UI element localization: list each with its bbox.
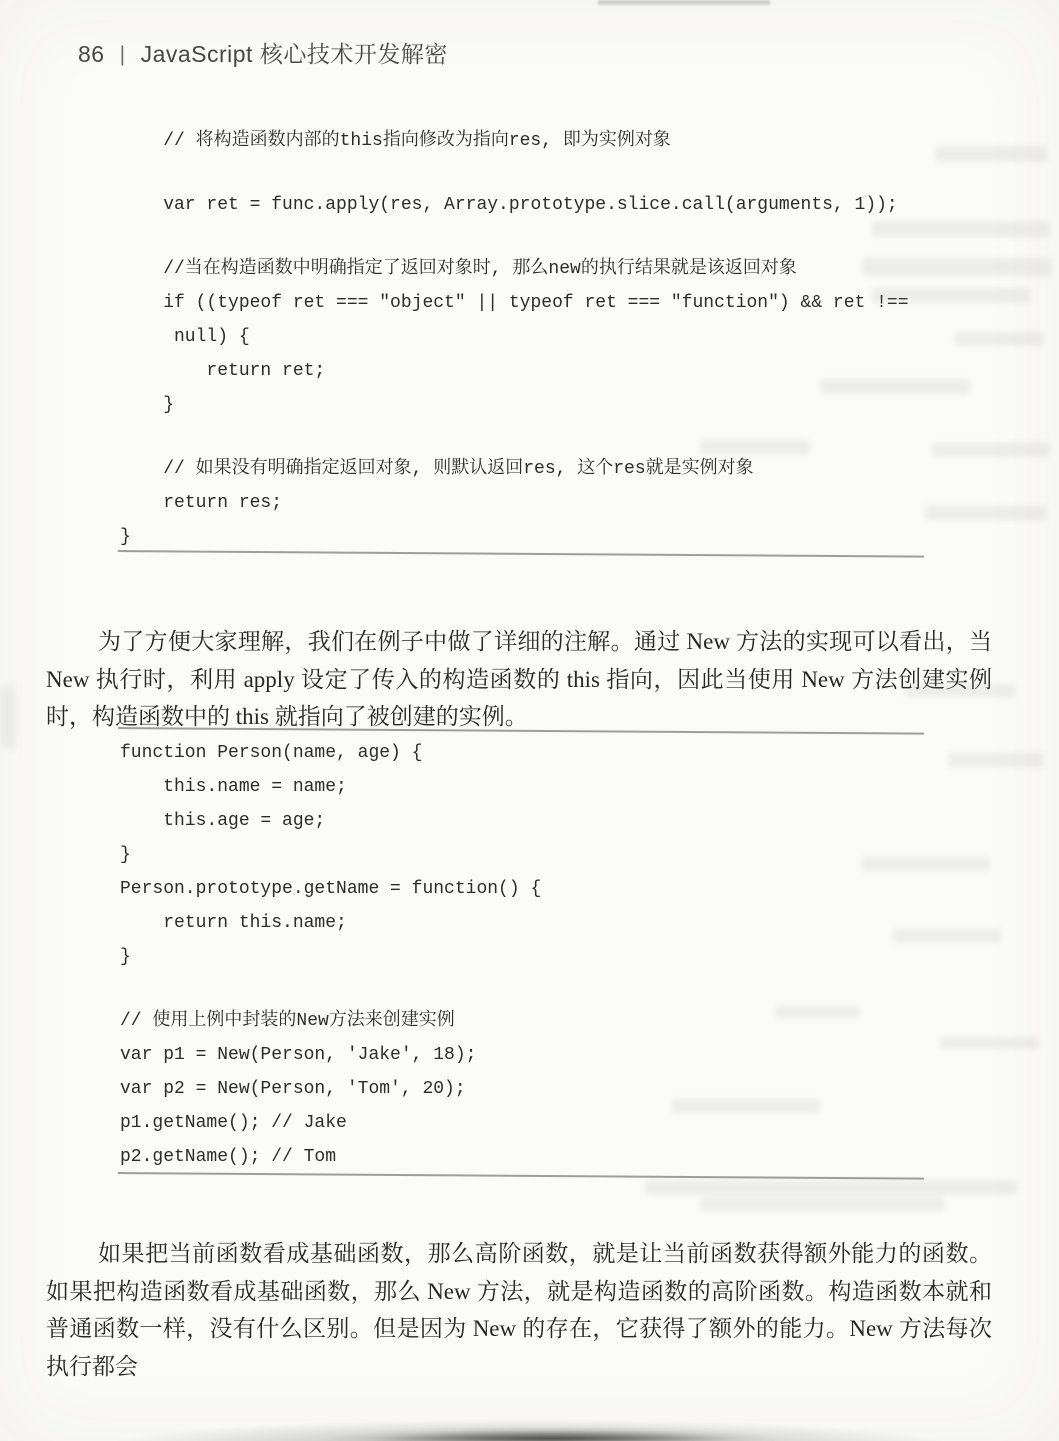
code-line: } [120,840,541,874]
bleed-through-smudge [700,440,810,454]
bleed-through-smudge [672,1099,820,1113]
running-head: 86 | JavaScript 核心技术开发解密 [78,36,448,69]
code-line: return res; [120,488,909,522]
bleed-through-smudge [700,1198,945,1211]
code-line [120,976,541,1006]
bleed-through-smudge [893,929,1001,942]
bleed-through-smudge [862,857,990,871]
code-line: p2.getName(); // Tom [120,1142,541,1176]
code-block-new-implementation: // 将构造函数内部的this指向修改为指向res, 即为实例对象 var re… [120,126,909,556]
bleed-through-smudge [925,506,1047,520]
code-line: var p2 = New(Person, 'Tom', 20); [120,1074,541,1108]
code-line: var ret = func.apply(res, Array.prototyp… [120,190,909,224]
code-line: Person.prototype.getName = function() { [120,874,541,908]
code-line: // 如果没有明确指定返回对象, 则默认返回res, 这个res就是实例对象 [120,454,909,488]
code-line: this.age = age; [120,806,541,840]
code-line: //当在构造函数中明确指定了返回对象时, 那么new的执行结果就是该返回对象 [120,254,909,288]
code-line: null) { [120,322,909,356]
bleed-through-smudge [872,221,1050,237]
body-paragraph: 为了方便大家理解，我们在例子中做了详细的注解。通过 New 方法的实现可以看出，… [46,623,992,736]
code-line: p1.getName(); // Jake [120,1108,541,1142]
code-line: } [120,390,909,424]
code-line: if ((typeof ret === "object" || typeof r… [120,288,909,322]
scan-edge-artifact [0,686,16,748]
scan-edge-artifact [598,0,770,5]
bleed-through-smudge [955,332,1043,346]
bleed-through-smudge [940,1037,1038,1049]
bleed-through-smudge [948,753,1043,767]
page-number: 86 [78,41,105,68]
bleed-through-smudge [935,146,1047,162]
code-line: return ret; [120,356,909,390]
page-curl-shadow [292,1425,812,1441]
code-block-person-example: function Person(name, age) { this.name =… [120,738,541,1176]
code-line [120,160,909,190]
bleed-through-smudge [820,379,970,394]
bleed-through-smudge [775,1006,860,1018]
code-line: var p1 = New(Person, 'Jake', 18); [120,1040,541,1074]
code-line: // 将构造函数内部的this指向修改为指向res, 即为实例对象 [120,126,909,160]
code-line: function Person(name, age) { [120,738,541,772]
bleed-through-smudge [872,288,1030,303]
code-line: this.name = name; [120,772,541,806]
bleed-through-smudge [932,443,1050,457]
bleed-through-smudge [645,1180,1017,1195]
code-line: } [120,942,541,976]
header-separator: | [120,43,126,67]
bleed-through-smudge [862,258,1052,276]
body-paragraph: 如果把当前函数看成基础函数，那么高阶函数，就是让当前函数获得额外能力的函数。如果… [46,1235,992,1385]
book-page: 86 | JavaScript 核心技术开发解密 // 将构造函数内部的this… [0,0,1059,1441]
code-line: return this.name; [120,908,541,942]
code-line: // 使用上例中封装的New方法来创建实例 [120,1006,541,1040]
book-title: JavaScript 核心技术开发解密 [141,36,448,69]
bleed-through-smudge [905,684,1015,697]
code-line [120,224,909,254]
